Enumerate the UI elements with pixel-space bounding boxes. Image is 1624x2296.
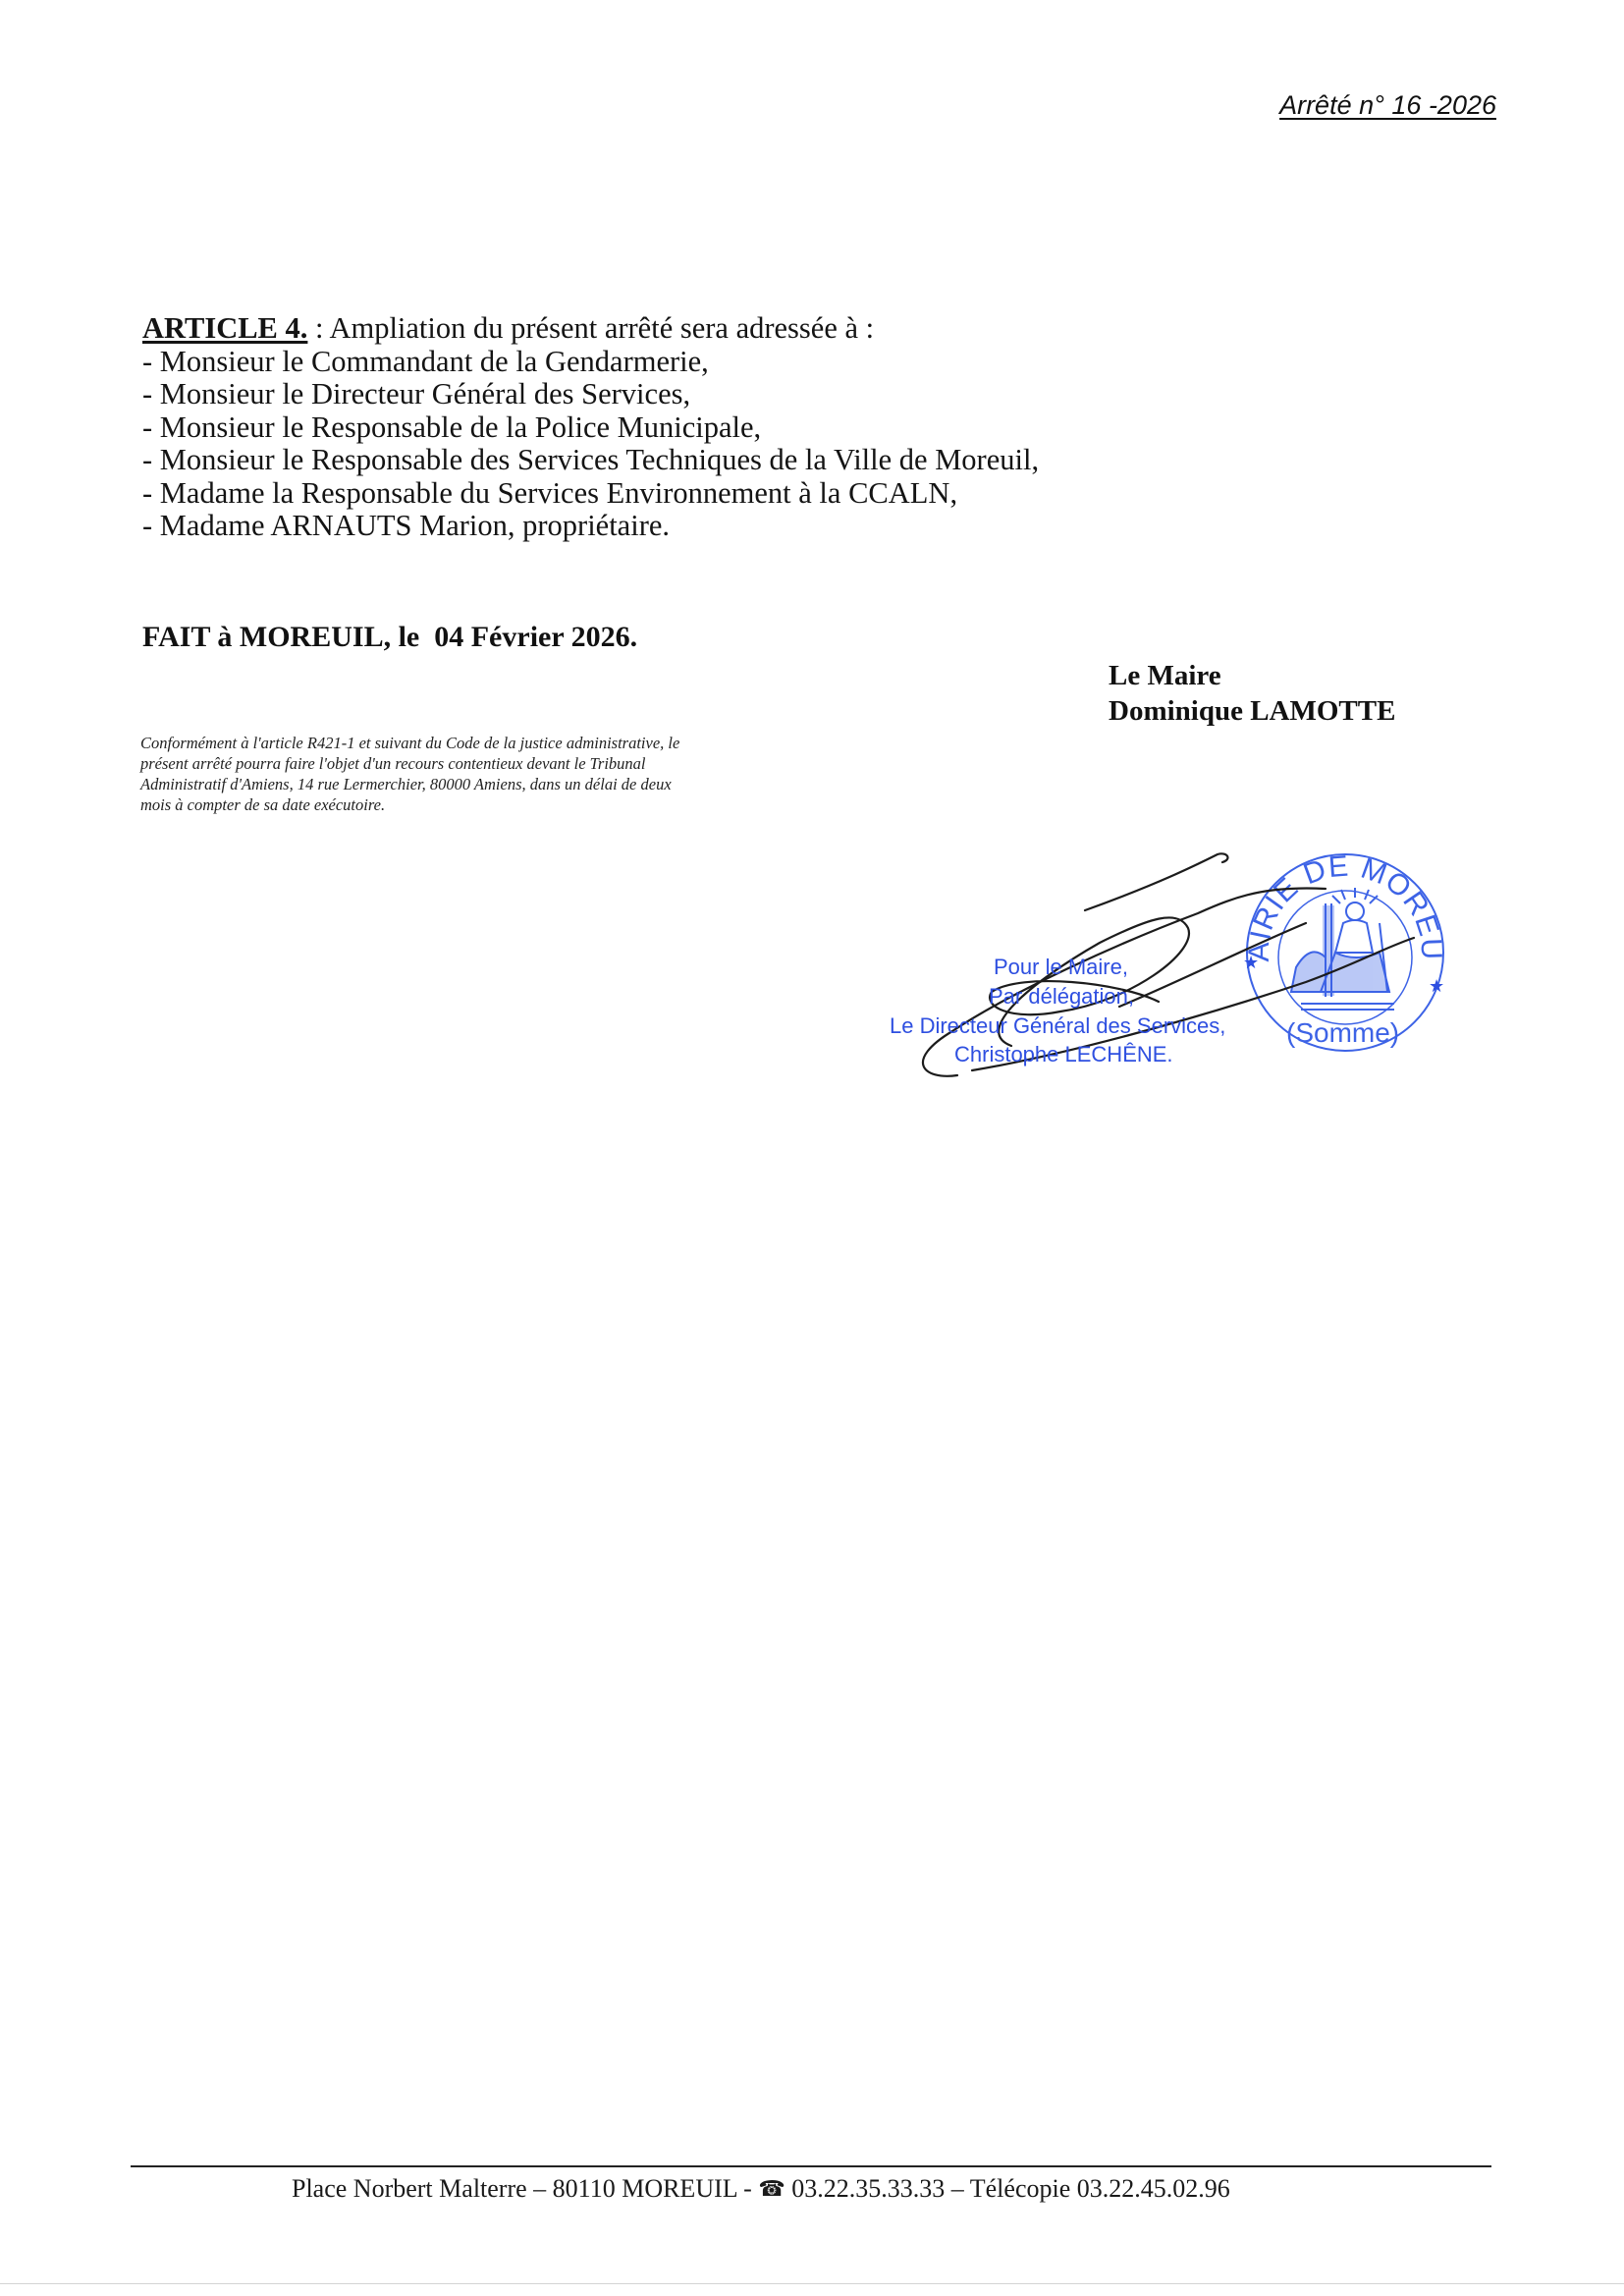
svg-text:★: ★: [1429, 976, 1444, 996]
legal-notice-line: Conformément à l'article R421-1 et suiva…: [140, 733, 896, 753]
legal-notice: Conformément à l'article R421-1 et suiva…: [140, 733, 896, 815]
phone-icon: ☎: [758, 2176, 785, 2202]
footer-address-text: Place Norbert Malterre – 80110 MOREUIL -: [292, 2174, 758, 2203]
stamp-line-pour-le-maire: Pour le Maire,: [994, 955, 1128, 980]
article-heading: ARTICLE 4. : Ampliation du présent arrêt…: [142, 312, 1321, 346]
recipient-list: - Monsieur le Commandant de la Gendarmer…: [142, 346, 1321, 543]
recipient-item: - Madame la Responsable du Services Envi…: [142, 477, 1321, 511]
article-label: ARTICLE 4.: [142, 311, 307, 345]
footer-phone-fax: 03.22.35.33.33 – Télécopie 03.22.45.02.9…: [785, 2174, 1230, 2203]
recipient-item: - Monsieur le Responsable de la Police M…: [142, 411, 1321, 445]
legal-notice-line: présent arrêté pourra faire l'objet d'un…: [140, 753, 896, 774]
mayor-block: Le Maire Dominique LAMOTTE: [1109, 658, 1395, 729]
article-4: ARTICLE 4. : Ampliation du présent arrêt…: [142, 312, 1321, 543]
scan-edge-line: [0, 2283, 1624, 2284]
recipient-item: - Monsieur le Directeur Général des Serv…: [142, 378, 1321, 411]
stamp-line-director: Le Directeur Général des Services,: [890, 1013, 1225, 1039]
recipient-item: - Monsieur le Responsable des Services T…: [142, 444, 1321, 477]
mayor-name: Dominique LAMOTTE: [1109, 693, 1395, 729]
article-intro: : Ampliation du présent arrêté sera adre…: [307, 311, 874, 345]
svg-text:(Somme): (Somme): [1286, 1017, 1399, 1048]
footer-address: Place Norbert Malterre – 80110 MOREUIL -…: [292, 2174, 1230, 2204]
stamp-line-name: Christophe LECHÊNE.: [954, 1042, 1173, 1067]
svg-text:★: ★: [1243, 953, 1259, 972]
recipient-item: - Monsieur le Commandant de la Gendarmer…: [142, 346, 1321, 379]
recipient-item: - Madame ARNAUTS Marion, propriétaire.: [142, 510, 1321, 543]
decree-reference: Arrêté n° 16 -2026: [1279, 90, 1496, 121]
legal-notice-line: mois à compter de sa date exécutoire.: [140, 794, 896, 815]
stamp-line-par-delegation: Par délégation,: [989, 984, 1134, 1010]
done-at-line: FAIT à MOREUIL, le 04 Février 2026.: [142, 621, 637, 654]
mayor-title: Le Maire: [1109, 658, 1395, 693]
signature-area: MAIRIE DE MOREUIL ★ ★ (Somme): [864, 835, 1463, 1100]
footer-divider: [131, 2165, 1491, 2167]
legal-notice-line: Administratif d'Amiens, 14 rue Lermerchi…: [140, 774, 896, 794]
